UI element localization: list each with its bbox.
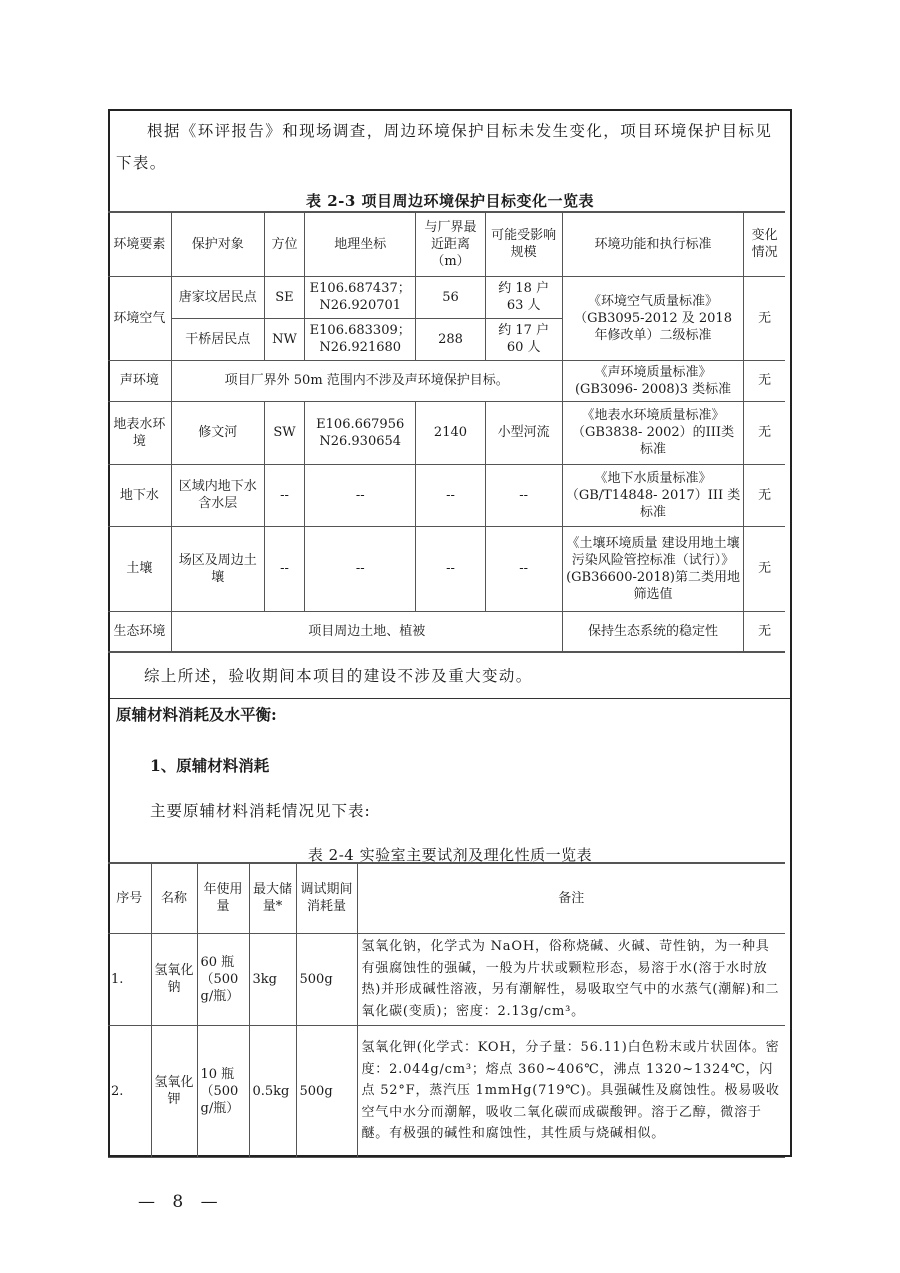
table-row: 2. 氢氧化钾 10 瓶（500 g/瓶） 0.5kg 500g 氢氧化钾(化学… [108,1025,785,1157]
header-cell: 环境功能和执行标准 [562,212,744,276]
element-cell: 地表水环境 [108,401,171,464]
header-cell: 年使用量 [197,863,249,933]
scale-cell: 小型河流 [485,401,562,464]
change-cell: 无 [744,464,785,526]
note-cell: 氢氧化钠，化学式为 NaOH，俗称烧碱、火碱、苛性钠，为一种具有强腐蚀性的强碱，… [357,933,785,1025]
target-cell: 场区及周边土壤 [171,526,264,611]
distance-cell: -- [416,526,485,611]
coord-cell: -- [305,464,416,526]
annual-usage-cell: 10 瓶（500 g/瓶） [197,1025,249,1157]
conclusion-paragraph: 综上所述，验收期间本项目的建设不涉及重大变动。 [144,660,533,692]
standard-cell: 《地下水质量标准》（GB/T14848- 2017）III 类标准 [562,464,744,526]
element-cell: 生态环境 [108,611,171,652]
scale-cell: 约 17 户 60 人 [485,318,562,360]
distance-cell: 2140 [416,401,485,464]
debug-consumption-cell: 500g [296,1025,357,1157]
element-cell: 环境空气 [108,276,171,360]
content-frame: 根据《环评报告》和现场调查，周边环境保护目标未发生变化，项目环境保护目标见下表。… [108,109,792,1157]
section-title: 原辅材料消耗及水平衡: [116,703,277,725]
change-cell: 无 [744,611,785,652]
annual-usage-cell: 60 瓶（500 g/瓶） [197,933,249,1025]
header-cell: 环境要素 [108,212,171,276]
target-cell: 唐家坟居民点 [171,276,264,318]
header-cell: 可能受影响规模 [485,212,562,276]
direction-cell: SW [264,401,304,464]
page-number: — 8 — [138,1192,224,1212]
direction-cell: SE [264,276,304,318]
target-cell: 区域内地下水含水层 [171,464,264,526]
note-cell: 氢氧化钾(化学式：KOH，分子量：56.11)白色粉末或片状固体。密度：2.04… [357,1025,785,1157]
table-row: 地下水 区域内地下水含水层 -- -- -- -- 《地下水质量标准》（GB/T… [108,464,785,526]
header-cell: 调试期间消耗量 [296,863,357,933]
header-cell: 备注 [357,863,785,933]
standard-cell: 保持生态系统的稳定性 [562,611,744,652]
change-cell: 无 [744,526,785,611]
change-cell: 无 [744,360,785,401]
standard-cell: 《土壤环境质量 建设用地土壤污染风险管控标准（试行）》(GB36600-2018… [562,526,744,611]
scale-cell: -- [485,464,562,526]
coord-cell: -- [305,526,416,611]
header-cell: 地理坐标 [305,212,416,276]
element-cell: 地下水 [108,464,171,526]
header-cell: 序号 [108,863,151,933]
protection-targets-table: 环境要素 保护对象 方位 地理坐标 与厂界最近距离（m） 可能受影响规模 环境功… [108,211,785,653]
name-cell: 氢氧化钠 [151,933,197,1025]
target-cell: 修文河 [171,401,264,464]
element-cell: 声环境 [108,360,171,401]
coord-cell: E106.687437；N26.920701 [305,276,416,318]
header-cell: 与厂界最近距离（m） [416,212,485,276]
target-cell: 干桥居民点 [171,318,264,360]
description-cell: 项目周边土地、植被 [171,611,562,652]
distance-cell: 56 [416,276,485,318]
standard-cell: 《地表水环境质量标准》（GB3838- 2002）的III类标准 [562,401,744,464]
distance-cell: 288 [416,318,485,360]
max-storage-cell: 3kg [249,933,296,1025]
max-storage-cell: 0.5kg [249,1025,296,1157]
direction-cell: NW [264,318,304,360]
change-cell: 无 [744,276,785,360]
subsection-title: 1、原辅材料消耗 [150,754,269,776]
reagents-table: 序号 名称 年使用量 最大储量* 调试期间消耗量 备注 1. 氢氧化钠 60 瓶… [108,862,785,1158]
table-row: 1. 氢氧化钠 60 瓶（500 g/瓶） 3kg 500g 氢氧化钠，化学式为… [108,933,785,1025]
direction-cell: -- [264,464,304,526]
coord-cell: E106.667956 N26.930654 [305,401,416,464]
table-2-3-caption: 表 2-3 项目周边环境保护目标变化一览表 [110,190,790,211]
scale-cell: -- [485,526,562,611]
element-cell: 土壤 [108,526,171,611]
section-divider [110,698,790,699]
debug-consumption-cell: 500g [296,933,357,1025]
name-cell: 氢氧化钾 [151,1025,197,1157]
number-cell: 1. [108,933,151,1025]
header-cell: 方位 [264,212,304,276]
table-header-row: 环境要素 保护对象 方位 地理坐标 与厂界最近距离（m） 可能受影响规模 环境功… [108,212,785,276]
header-cell: 变化情况 [744,212,785,276]
description-cell: 项目厂界外 50m 范围内不涉及声环境保护目标。 [171,360,562,401]
table-row: 环境空气 唐家坟居民点 SE E106.687437；N26.920701 56… [108,276,785,318]
table-row: 生态环境 项目周边土地、植被 保持生态系统的稳定性 无 [108,611,785,652]
lead-paragraph: 主要原辅材料消耗情况见下表: [150,799,371,821]
table-row: 地表水环境 修文河 SW E106.667956 N26.930654 2140… [108,401,785,464]
table-header-row: 序号 名称 年使用量 最大储量* 调试期间消耗量 备注 [108,863,785,933]
header-cell: 保护对象 [171,212,264,276]
standard-cell: 《环境空气质量标准》（GB3095-2012 及 2018 年修改单）二级标准 [562,276,744,360]
number-cell: 2. [108,1025,151,1157]
header-cell: 名称 [151,863,197,933]
change-cell: 无 [744,401,785,464]
intro-paragraph: 根据《环评报告》和现场调查，周边环境保护目标未发生变化，项目环境保护目标见下表。 [116,115,788,179]
scale-cell: 约 18 户 63 人 [485,276,562,318]
distance-cell: -- [416,464,485,526]
table-row: 土壤 场区及周边土壤 -- -- -- -- 《土壤环境质量 建设用地土壤污染风… [108,526,785,611]
direction-cell: -- [264,526,304,611]
coord-cell: E106.683309；N26.921680 [305,318,416,360]
header-cell: 最大储量* [249,863,296,933]
standard-cell: 《声环境质量标准》(GB3096- 2008)3 类标准 [562,360,744,401]
table-row: 声环境 项目厂界外 50m 范围内不涉及声环境保护目标。 《声环境质量标准》(G… [108,360,785,401]
